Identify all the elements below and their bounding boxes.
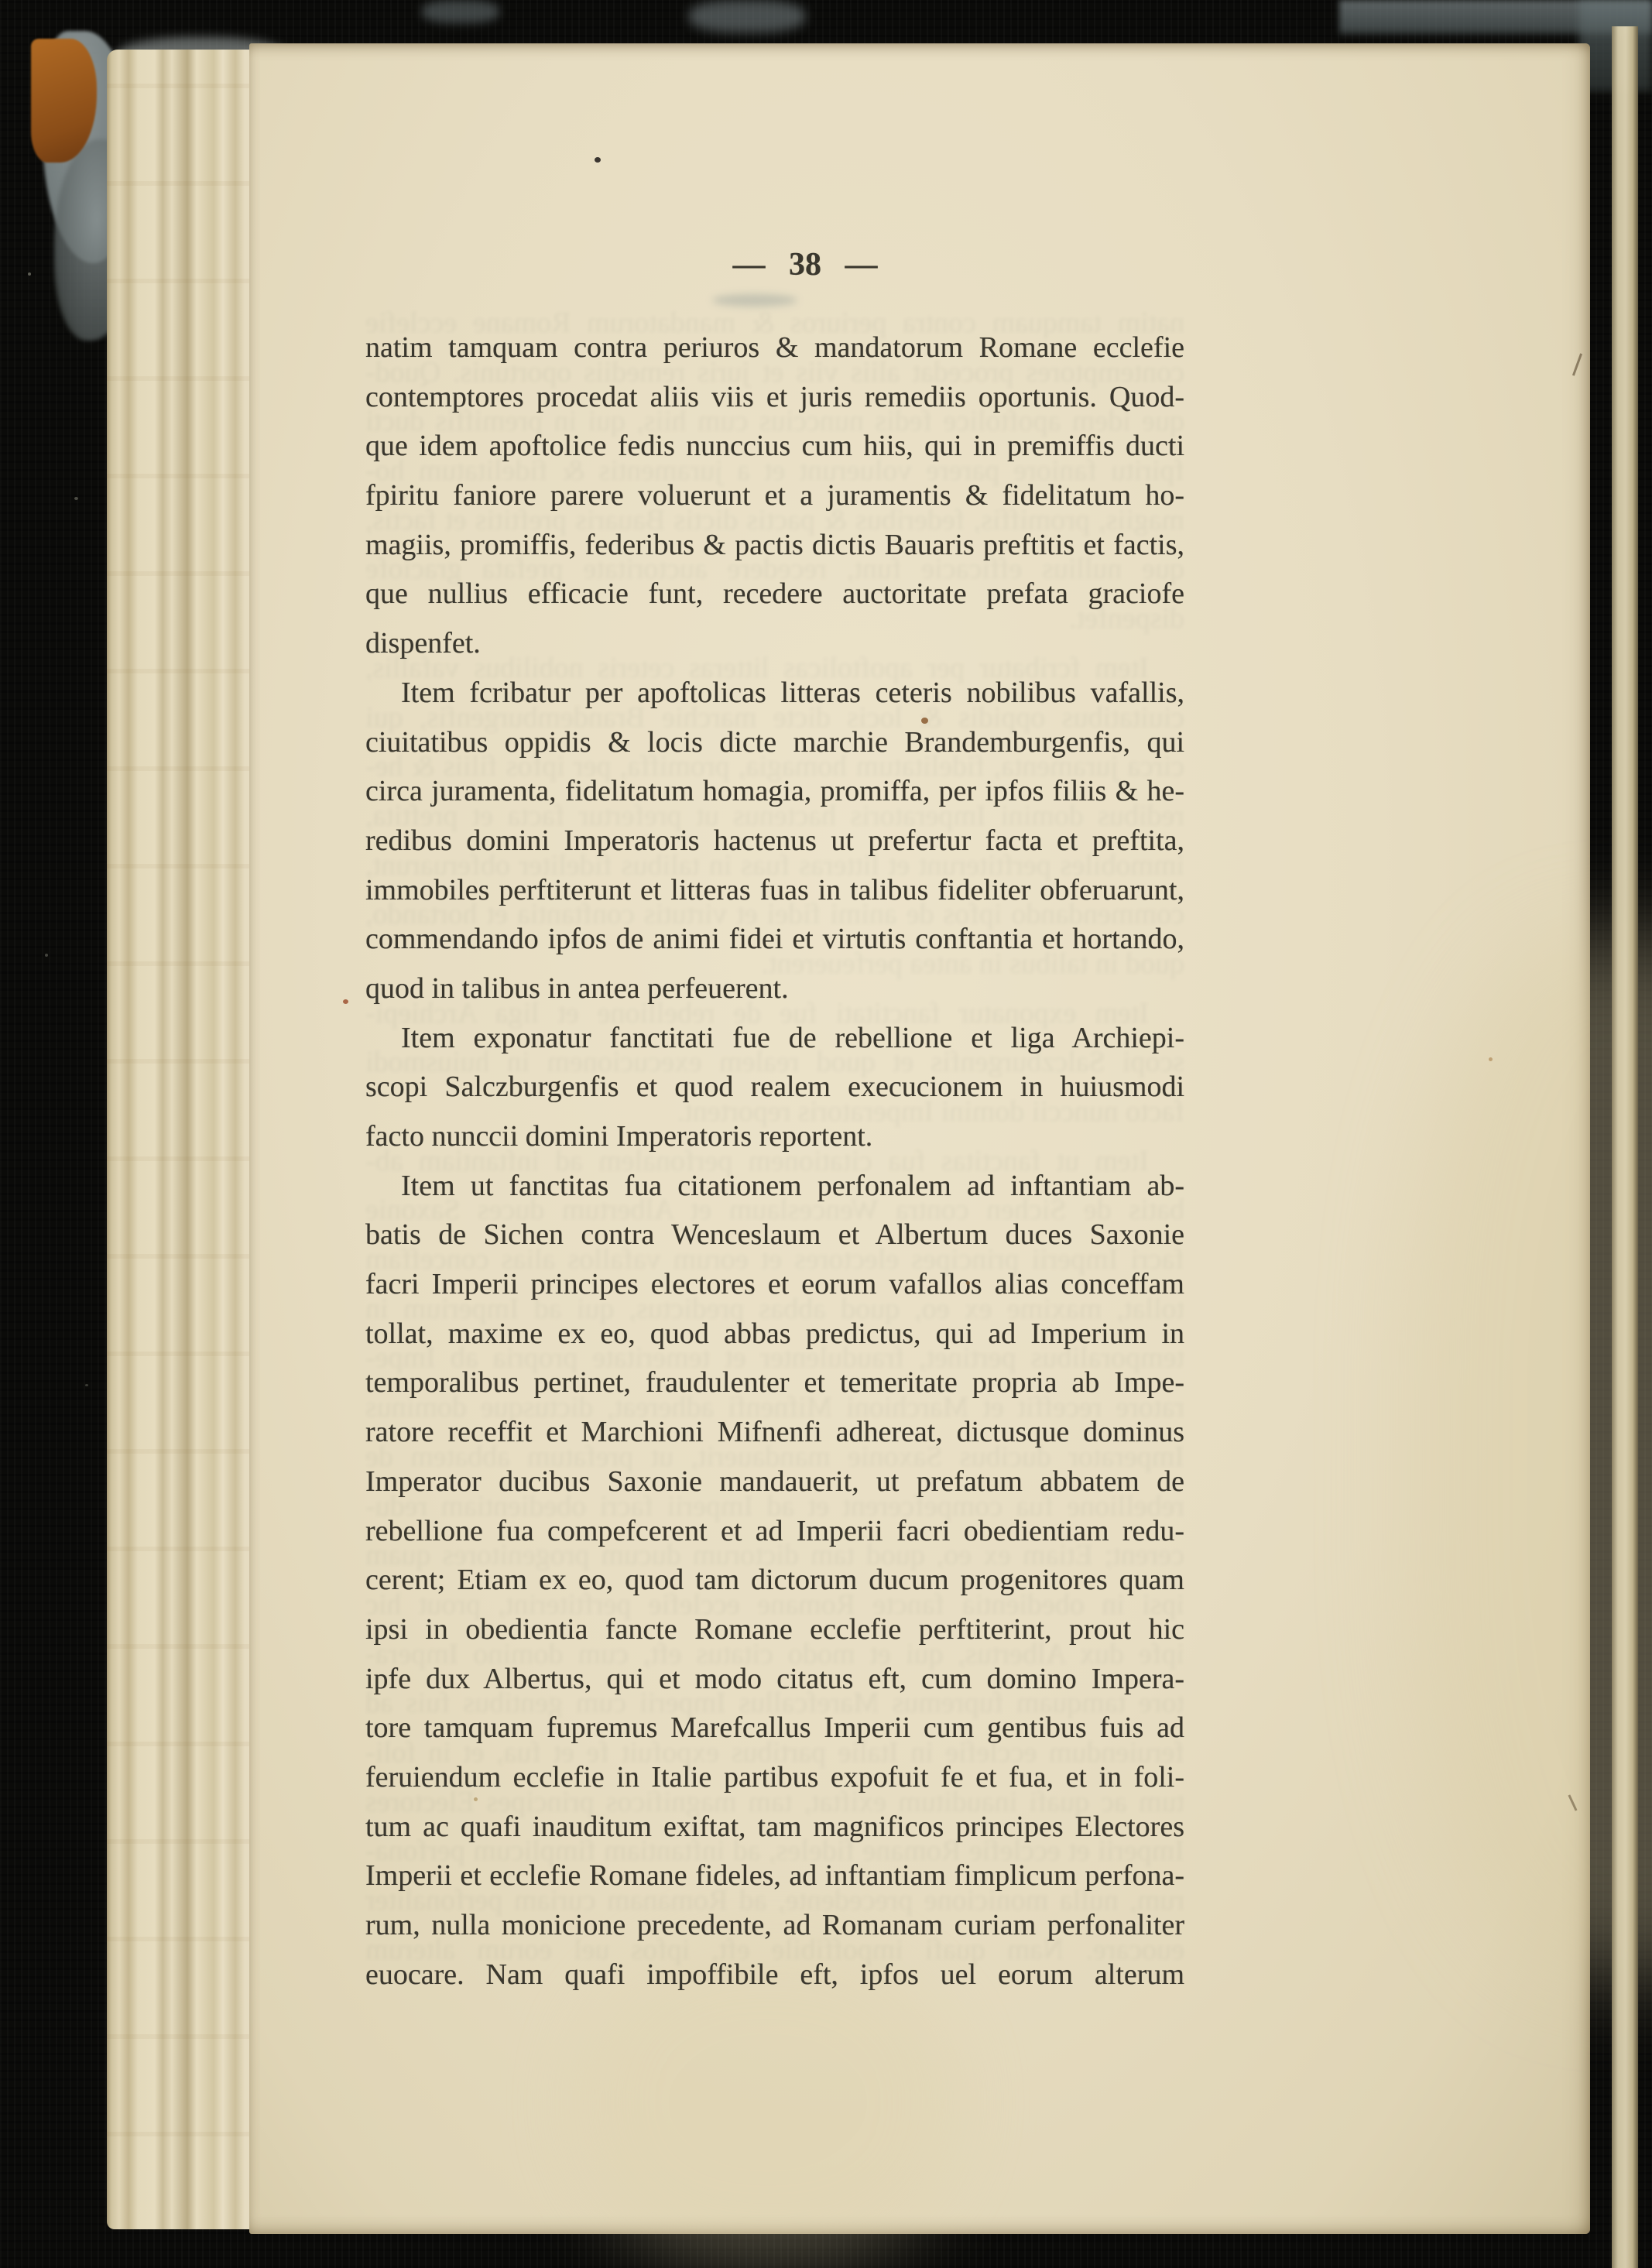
text-block: natim tamquam contra periuros & mandator…	[365, 324, 1184, 1999]
text-line: tollat, maxime ex eo, quod abbas predict…	[365, 1310, 1184, 1359]
foxing-speck	[595, 157, 601, 163]
text-line: ipfe dux Albertus, qui et modo citatus e…	[365, 1655, 1184, 1704]
cover-cloth-patch	[689, 0, 805, 33]
text-line: ipsi in obedientia fancte Romane ecclefi…	[365, 1605, 1184, 1655]
page-stack-edges	[107, 50, 254, 2229]
text-line: circa juramenta, fidelitatum homagia, pr…	[365, 767, 1184, 817]
dust-speck	[85, 1384, 88, 1386]
text-line: scopi Salczburgenfis et quod realem exec…	[365, 1063, 1184, 1112]
text-line: batis de Sichen contra Wenceslaum et Alb…	[365, 1211, 1184, 1260]
text-line: immobiles perftiterunt et litteras fuas …	[365, 866, 1184, 916]
scanned-book-page-photo: natim tamquam contra periuros & mandator…	[0, 0, 1652, 2268]
text-line: que idem apoftolice fedis nunccius cum h…	[365, 422, 1184, 471]
text-line: fpiritu faniore parere voluerunt et a ju…	[365, 471, 1184, 521]
text-line: Item fcribatur per apoftolicas litteras …	[365, 669, 1184, 718]
text-line: cerent; Etiam ex eo, quod tam dictorum d…	[365, 1556, 1184, 1605]
foxing-speck	[921, 718, 928, 724]
page-number: — 38 —	[365, 246, 1184, 283]
text-line: contemptores procedat aliis viis et juri…	[365, 373, 1184, 423]
ink-smudge	[712, 294, 797, 307]
text-line: ciuitatibus oppidis & locis dicte marchi…	[365, 718, 1184, 768]
text-line: magiis, promiffis, federibus & pactis di…	[365, 521, 1184, 570]
foxing-speck	[966, 1281, 970, 1285]
text-line: Item exponatur fanctitati fue de rebelli…	[365, 1014, 1184, 1064]
dust-speck	[28, 272, 31, 276]
text-line: feruiendum ecclefie in Italie partibus e…	[365, 1753, 1184, 1803]
foxing-speck	[474, 1797, 478, 1801]
text-line: redibus domini Imperatoris hactenus ut p…	[365, 817, 1184, 866]
foxing-speck	[343, 999, 348, 1004]
text-line: natim tamquam contra periuros & mandator…	[365, 324, 1184, 373]
text-line: rum, nulla monicione precedente, ad Roma…	[365, 1901, 1184, 1951]
cover-cloth-patch	[422, 0, 499, 23]
text-line: temporalibus pertinet, fraudulenter et t…	[365, 1358, 1184, 1408]
text-line: quod in talibus in antea perfeuerent.	[365, 964, 1184, 1014]
dust-speck	[74, 497, 78, 500]
text-line: tore tamquam fupremus Marefcallus Imperi…	[365, 1704, 1184, 1753]
text-line: facri Imperii principes electores et eor…	[365, 1260, 1184, 1310]
text-line: dispenfet.	[365, 619, 1184, 669]
text-line: euocare. Nam quafi impoffibile eft, ipfo…	[365, 1951, 1184, 2000]
text-line: Imperii et ecclefie Romane fideles, ad i…	[365, 1852, 1184, 1901]
fore-edge-pages-strip	[1612, 26, 1638, 2268]
text-line: commendando ipfos de animi fidei et virt…	[365, 915, 1184, 964]
foxing-speck	[1489, 1057, 1493, 1061]
text-line: facto nunccii domini Imperatoris reporte…	[365, 1112, 1184, 1162]
text-line: Imperator ducibus Saxonie mandauerit, ut…	[365, 1458, 1184, 1507]
text-line: que nullius efficacie funt, recedere auc…	[365, 570, 1184, 619]
text-line: tum ac quafi inauditum exiftat, tam magn…	[365, 1803, 1184, 1852]
text-line: rebellione fua compefcerent et ad Imperi…	[365, 1507, 1184, 1557]
dust-speck	[45, 954, 48, 957]
text-line: Item ut fanctitas fua citationem perfona…	[365, 1162, 1184, 1211]
text-line: ratore receffit et Marchioni Mifnenfi ad…	[365, 1408, 1184, 1458]
